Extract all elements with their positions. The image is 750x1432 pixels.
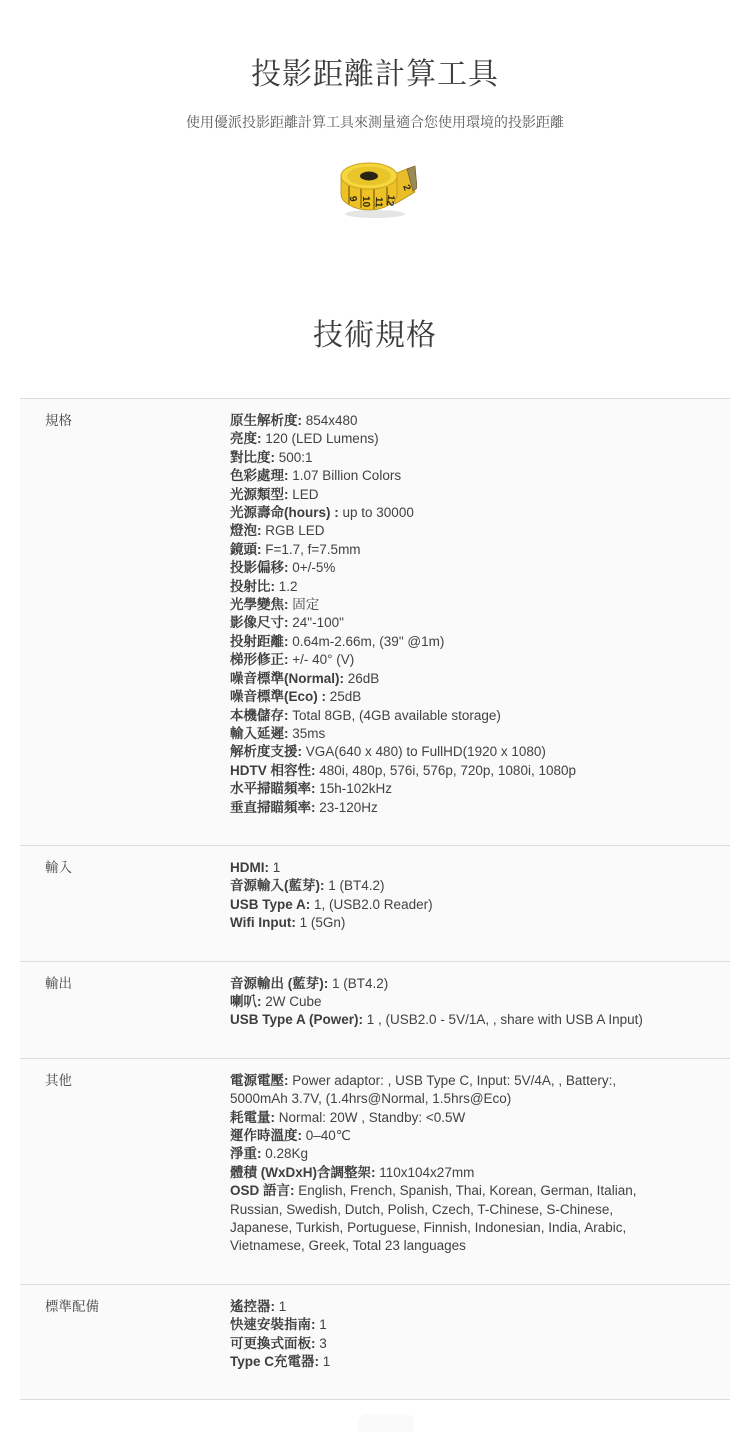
measuring-tape-icon: 2 9 10 11 12 [333, 154, 417, 220]
spec-line: 投影偏移: 0+/-5% [230, 559, 660, 577]
spec-row-label: 其他 [45, 1072, 230, 1256]
spec-row-other: 其他電源電壓: Power adaptor: , USB Type C, Inp… [20, 1058, 730, 1284]
page-title: 投影距離計算工具 [0, 0, 750, 93]
spec-line: 燈泡: RGB LED [230, 522, 660, 540]
spec-line: 音源輸入(藍芽): 1 (BT4.2) [230, 877, 660, 895]
spec-row-label: 輸出 [45, 975, 230, 1030]
spec-key: Type C充電器: [230, 1354, 319, 1369]
spec-key: 解析度支援: [230, 744, 302, 759]
svg-text:11: 11 [373, 197, 385, 209]
spec-value: 1 (BT4.2) [332, 976, 388, 991]
spec-value: 0+/-5% [292, 560, 335, 575]
spec-row-values: 遙控器: 1快速安裝指南: 1可更換式面板: 3Type C充電器: 1 [230, 1298, 660, 1372]
spec-value: 固定 [292, 597, 319, 612]
spec-value: 1 (5Gn) [300, 915, 346, 930]
spec-row-values: 電源電壓: Power adaptor: , USB Type C, Input… [230, 1072, 660, 1256]
spec-value: LED [292, 487, 318, 502]
spec-key: 梯形修正: [230, 652, 289, 667]
spec-value: 1.07 Billion Colors [292, 468, 401, 483]
spec-key: 可更換式面板: [230, 1336, 316, 1351]
spec-key: 音源輸入(藍芽): [230, 878, 325, 893]
spec-key: 燈泡: [230, 523, 262, 538]
spec-key: 噪音標準(Eco) : [230, 689, 326, 704]
spec-line: 音源輸出 (藍芽): 1 (BT4.2) [230, 975, 660, 993]
spec-value: 1 , (USB2.0 - 5V/1A, , share with USB A … [367, 1012, 643, 1027]
spec-row-label: 規格 [45, 412, 230, 817]
spec-value: 25dB [330, 689, 362, 704]
spec-row-values: 原生解析度: 854x480亮度: 120 (LED Lumens)對比度: 5… [230, 412, 660, 817]
spec-line: 體積 (WxDxH)含調整架: 110x104x27mm [230, 1164, 660, 1182]
spec-line: 色彩處理: 1.07 Billion Colors [230, 467, 660, 485]
spec-value: 480i, 480p, 576i, 576p, 720p, 1080i, 108… [319, 763, 576, 778]
spec-value: 24"-100" [292, 615, 344, 630]
spec-line: 光源類型: LED [230, 486, 660, 504]
spec-value: 1 [279, 1299, 287, 1314]
spec-value: up to 30000 [343, 505, 414, 520]
spec-value: F=1.7, f=7.5mm [265, 542, 360, 557]
spec-key: 投射比: [230, 579, 275, 594]
spec-line: 快速安裝指南: 1 [230, 1316, 660, 1334]
spec-key: OSD 語言: [230, 1183, 295, 1198]
spec-value: 3 [319, 1336, 327, 1351]
spec-line: OSD 語言: English, French, Spanish, Thai, … [230, 1182, 660, 1256]
spec-key: 音源輸出 (藍芽): [230, 976, 328, 991]
spec-value: 500:1 [279, 450, 313, 465]
spec-value: +/- 40° (V) [292, 652, 354, 667]
spec-line: 投射比: 1.2 [230, 578, 660, 596]
spec-line: Wifi Input: 1 (5Gn) [230, 914, 660, 932]
spec-key: 電源電壓: [230, 1073, 289, 1088]
spec-key: 輸入延遲: [230, 726, 289, 741]
svg-text:10: 10 [360, 196, 371, 208]
spec-value: Total 8GB, (4GB available storage) [292, 708, 501, 723]
spec-line: USB Type A: 1, (USB2.0 Reader) [230, 896, 660, 914]
spec-row-label: 輸入 [45, 859, 230, 933]
spec-row-accessories: 標準配備遙控器: 1快速安裝指南: 1可更換式面板: 3Type C充電器: 1 [20, 1284, 730, 1400]
spec-line: 影像尺寸: 24"-100" [230, 614, 660, 632]
spec-line: 本機儲存: Total 8GB, (4GB available storage) [230, 707, 660, 725]
spec-line: 鏡頭: F=1.7, f=7.5mm [230, 541, 660, 559]
spec-value: 0.64m-2.66m, (39" @1m) [292, 634, 444, 649]
spec-key: USB Type A: [230, 897, 310, 912]
spec-line: 淨重: 0.28Kg [230, 1145, 660, 1163]
spec-value: 1.2 [279, 579, 298, 594]
projection-calculator-page: 投影距離計算工具 使用優派投影距離計算工具來測量適合您使用環境的投影距離 2 9 [0, 0, 750, 1400]
spec-key: HDTV 相容性: [230, 763, 316, 778]
spec-line: 水平掃瞄頻率: 15h-102kHz [230, 780, 660, 798]
spec-key: HDMI: [230, 860, 269, 875]
spec-value: 1 [273, 860, 281, 875]
spec-key: Wifi Input: [230, 915, 296, 930]
spec-value: 120 (LED Lumens) [265, 431, 378, 446]
spec-line: 輸入延遲: 35ms [230, 725, 660, 743]
spec-key: 水平掃瞄頻率: [230, 781, 316, 796]
spec-key: 原生解析度: [230, 413, 302, 428]
spec-key: 淨重: [230, 1146, 262, 1161]
spec-value: 1 [323, 1354, 331, 1369]
spec-key: 色彩處理: [230, 468, 289, 483]
spec-line: 原生解析度: 854x480 [230, 412, 660, 430]
spec-value: 26dB [348, 671, 380, 686]
spec-key: 耗電量: [230, 1110, 275, 1125]
spec-key: 快速安裝指南: [230, 1317, 316, 1332]
spec-line: Type C充電器: 1 [230, 1353, 660, 1371]
spec-value: 110x104x27mm [379, 1165, 474, 1180]
spec-line: 梯形修正: +/- 40° (V) [230, 651, 660, 669]
spec-line: 喇叭: 2W Cube [230, 993, 660, 1011]
spec-line: 噪音標準(Eco) : 25dB [230, 688, 660, 706]
spec-value: 1, (USB2.0 Reader) [314, 897, 433, 912]
spec-value: 2W Cube [265, 994, 321, 1009]
spec-value: RGB LED [265, 523, 324, 538]
spec-row-input: 輸入HDMI: 1音源輸入(藍芽): 1 (BT4.2)USB Type A: … [20, 845, 730, 961]
spec-key: 光源壽命(hours) : [230, 505, 339, 520]
spec-value: 1 [319, 1317, 327, 1332]
spec-key: 投射距離: [230, 634, 289, 649]
spec-key: 喇叭: [230, 994, 262, 1009]
spec-row-values: HDMI: 1音源輸入(藍芽): 1 (BT4.2)USB Type A: 1,… [230, 859, 660, 933]
spec-line: 垂直掃瞄頻率: 23-120Hz [230, 799, 660, 817]
section-title-tech-specs: 技術規格 [0, 220, 750, 354]
spec-line: USB Type A (Power): 1 , (USB2.0 - 5V/1A,… [230, 1011, 660, 1029]
spec-line: 噪音標準(Normal): 26dB [230, 670, 660, 688]
spec-key: 亮度: [230, 431, 262, 446]
spec-key: 遙控器: [230, 1299, 275, 1314]
spec-key: 本機儲存: [230, 708, 289, 723]
spec-key: 光源類型: [230, 487, 289, 502]
spec-line: 可更換式面板: 3 [230, 1335, 660, 1353]
spec-value: Normal: 20W , Standby: <0.5W [279, 1110, 465, 1125]
spec-value: 23-120Hz [319, 800, 378, 815]
spec-line: 電源電壓: Power adaptor: , USB Type C, Input… [230, 1072, 660, 1109]
spec-key: 鏡頭: [230, 542, 262, 557]
spec-line: 遙控器: 1 [230, 1298, 660, 1316]
spec-value: 0.28Kg [265, 1146, 308, 1161]
spec-line: 亮度: 120 (LED Lumens) [230, 430, 660, 448]
spec-line: 光學變焦: 固定 [230, 596, 660, 614]
spec-line: 投射距離: 0.64m-2.66m, (39" @1m) [230, 633, 660, 651]
spec-line: 光源壽命(hours) : up to 30000 [230, 504, 660, 522]
spec-key: 光學變焦: [230, 597, 289, 612]
spec-line: HDTV 相容性: 480i, 480p, 576i, 576p, 720p, … [230, 762, 660, 780]
spec-key: 投影偏移: [230, 560, 289, 575]
spec-key: 影像尺寸: [230, 615, 289, 630]
spec-row-specs: 規格原生解析度: 854x480亮度: 120 (LED Lumens)對比度:… [20, 398, 730, 845]
spec-key: 垂直掃瞄頻率: [230, 800, 316, 815]
faint-bottom-element [358, 1414, 414, 1432]
spec-line: HDMI: 1 [230, 859, 660, 877]
spec-line: 運作時溫度: 0–40℃ [230, 1127, 660, 1145]
spec-value: 1 (BT4.2) [328, 878, 384, 893]
spec-key: 體積 (WxDxH)含調整架: [230, 1165, 376, 1180]
spec-key: 對比度: [230, 450, 275, 465]
page-subtitle: 使用優派投影距離計算工具來測量適合您使用環境的投影距離 [0, 93, 750, 130]
spec-line: 耗電量: Normal: 20W , Standby: <0.5W [230, 1109, 660, 1127]
spec-row-label: 標準配備 [45, 1298, 230, 1372]
spec-value: 0–40℃ [306, 1128, 351, 1143]
spec-value: 15h-102kHz [319, 781, 392, 796]
spec-row-output: 輸出音源輸出 (藍芽): 1 (BT4.2)喇叭: 2W CubeUSB Typ… [20, 961, 730, 1058]
spec-line: 對比度: 500:1 [230, 449, 660, 467]
spec-line: 解析度支援: VGA(640 x 480) to FullHD(1920 x 1… [230, 743, 660, 761]
spec-value: 35ms [292, 726, 325, 741]
spec-key: 噪音標準(Normal): [230, 671, 344, 686]
spec-key: USB Type A (Power): [230, 1012, 363, 1027]
spec-table: 規格原生解析度: 854x480亮度: 120 (LED Lumens)對比度:… [20, 398, 730, 1400]
spec-key: 運作時溫度: [230, 1128, 302, 1143]
spec-value: VGA(640 x 480) to FullHD(1920 x 1080) [306, 744, 546, 759]
svg-text:12: 12 [384, 194, 397, 207]
spec-row-values: 音源輸出 (藍芽): 1 (BT4.2)喇叭: 2W CubeUSB Type … [230, 975, 660, 1030]
spec-value: 854x480 [306, 413, 358, 428]
